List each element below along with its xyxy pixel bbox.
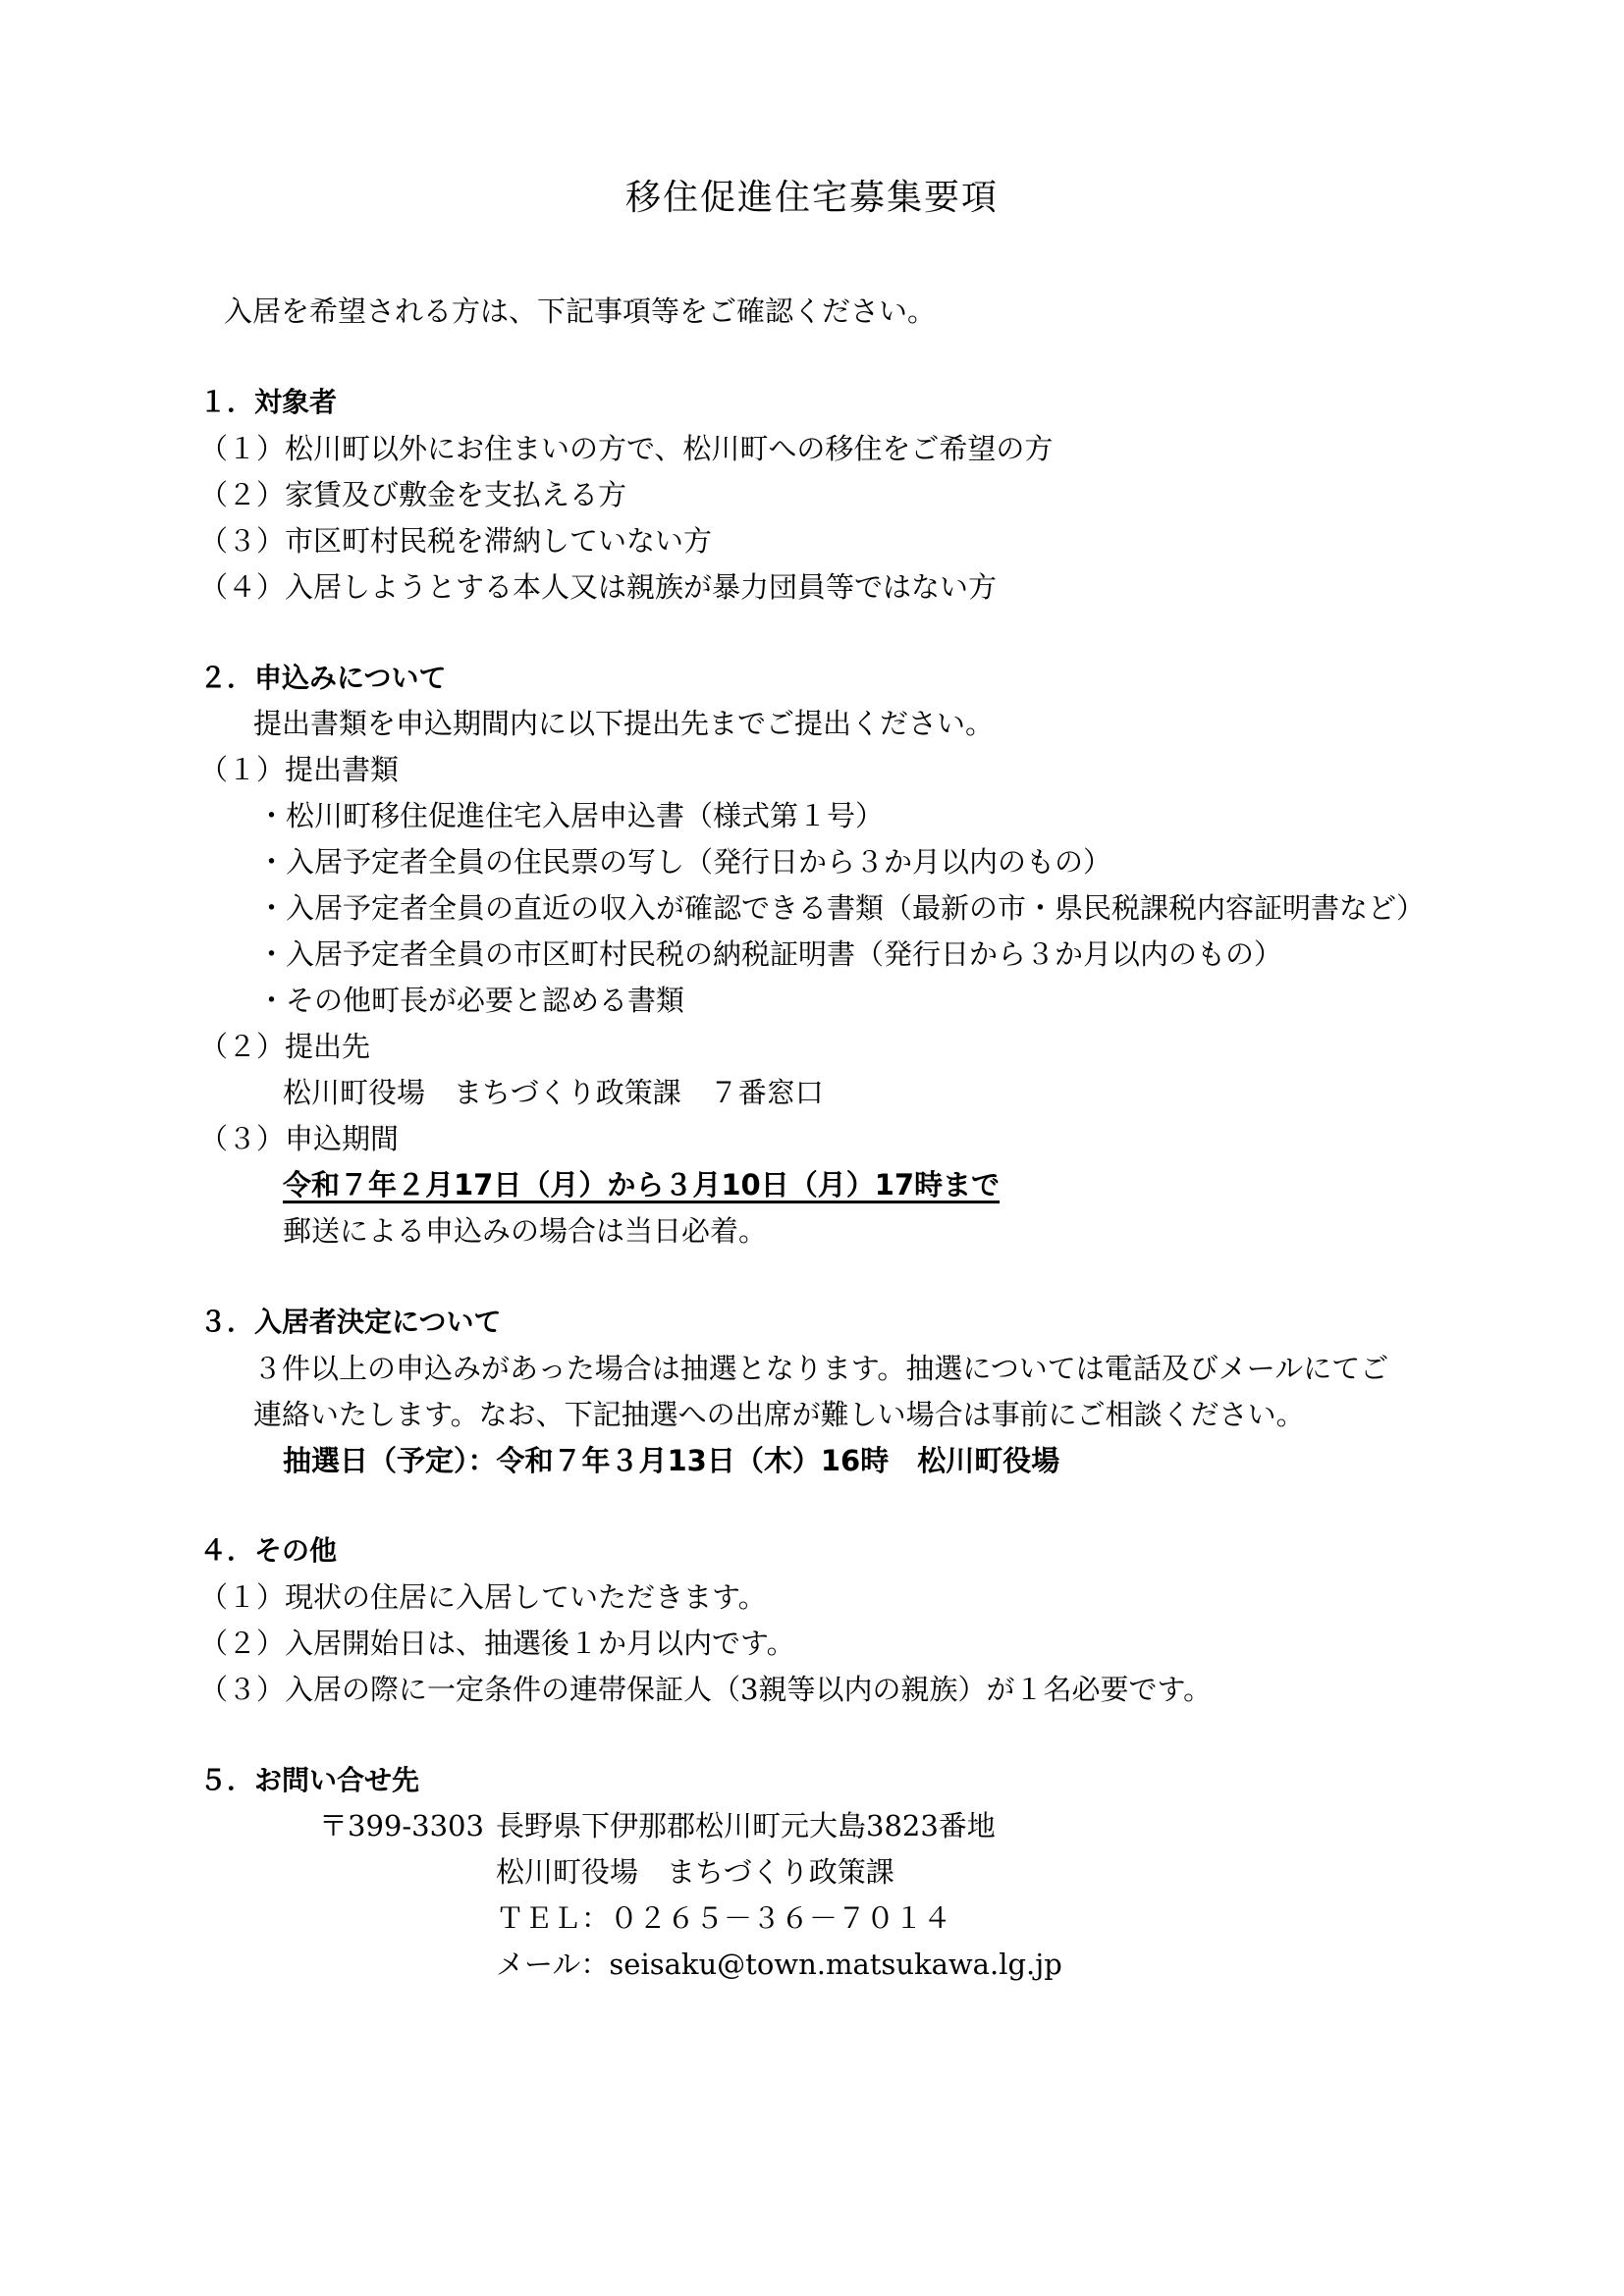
- selection-body-line: 連絡いたします。なお、下記抽選への出席が難しい場合は事前にご相談ください。: [253, 1398, 1305, 1431]
- contact-address: 長野県下伊那郡松川町元大島3823番地: [496, 1809, 996, 1842]
- postal-code: 〒399-3303: [319, 1809, 484, 1842]
- other-item: （２）入居開始日は、抽選後１か月以内です。: [199, 1627, 795, 1660]
- eligibility-item: （４）入居しようとする本人又は親族が暴力団員等ではない方: [199, 570, 997, 604]
- document-item: ・入居予定者全員の直近の収入が確認できる書類（最新の市・県民税課税内容証明書など…: [257, 891, 1425, 925]
- intro-text: 入居を希望される方は、下記事項等をご確認ください。: [224, 294, 936, 328]
- application-lead: 提出書類を申込期間内に以下提出先までご提出ください。: [253, 707, 994, 740]
- other-item: （１）現状の住居に入居していただきます。: [199, 1580, 767, 1614]
- selection-body-line: ３件以上の申込みがあった場合は抽選となります。抽選については電話及びメールにてご: [253, 1352, 1388, 1385]
- document-item: ・その他町長が必要と認める書類: [257, 984, 684, 1017]
- documents-label: （１）提出書類: [199, 753, 399, 786]
- document-item: ・入居予定者全員の市区町村民税の納税証明書（発行日から３か月以内のもの）: [257, 937, 1282, 971]
- document-page: 移住促進住宅募集要項 入居を希望される方は、下記事項等をご確認ください。 １．対…: [0, 0, 1624, 2296]
- section-heading-contact: ５．お問い合せ先: [199, 1764, 419, 1797]
- contact-office: 松川町役場 まちづくり政策課: [496, 1855, 894, 1889]
- section-heading-other: ４．その他: [199, 1534, 337, 1568]
- section-heading-eligibility: １．対象者: [199, 386, 337, 419]
- document-title: 移住促進住宅募集要項: [0, 177, 1624, 220]
- section-heading-application: ２．申込みについて: [199, 662, 446, 695]
- application-period-value: 令和７年２月17日（月）から３月10日（月）17時まで: [283, 1168, 1000, 1201]
- other-item: （３）入居の際に一定条件の連帯保証人（3親等以内の親族）が１名必要です。: [199, 1673, 1212, 1706]
- eligibility-item: （１）松川町以外にお住まいの方で、松川町への移住をご希望の方: [199, 432, 1053, 465]
- section-heading-selection: ３．入居者決定について: [199, 1306, 501, 1339]
- eligibility-item: （３）市区町村民税を滞納していない方: [199, 524, 712, 558]
- mail-deadline-note: 郵送による申込みの場合は当日必着。: [283, 1214, 767, 1248]
- lottery-date: 抽選日（予定）：令和７年３月13日（木）16時 松川町役場: [283, 1444, 1059, 1477]
- contact-phone: ＴＥＬ：０２６５－３６－７０１４: [496, 1901, 951, 1935]
- submission-place-value: 松川町役場 まちづくり政策課 ７番窓口: [283, 1076, 824, 1109]
- document-item: ・松川町移住促進住宅入居申込書（様式第１号）: [257, 799, 884, 832]
- submission-place-label: （２）提出先: [199, 1030, 370, 1063]
- contact-email[interactable]: メール：seisaku@town.matsukawa.lg.jp: [496, 1948, 1062, 1981]
- application-period-label: （３）申込期間: [199, 1122, 399, 1155]
- document-item: ・入居予定者全員の住民票の写し（発行日から３か月以内のもの）: [257, 845, 1111, 879]
- eligibility-item: （２）家賃及び敷金を支払える方: [199, 478, 626, 511]
